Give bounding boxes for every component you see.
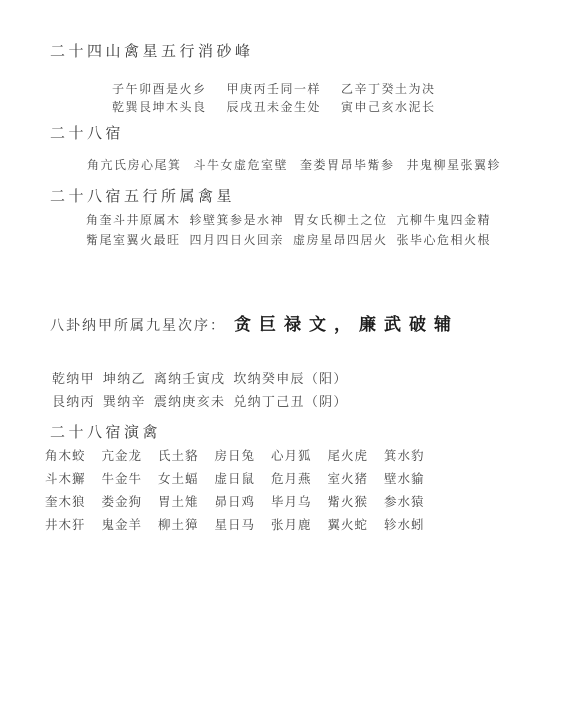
najia-item: 离纳壬寅戌 — [154, 368, 226, 391]
verse-phrase: 辰戌丑未金生处 — [227, 99, 322, 117]
lodge-animal-cell: 角木蛟 — [45, 445, 102, 468]
lodge-animal-cell: 井木犴 — [45, 514, 102, 537]
lodge-animal-cell: 鬼金羊 — [102, 514, 159, 537]
verse-phrase: 四月四日火回亲 — [190, 230, 285, 250]
lodge-animal-cell: 昴日鸡 — [215, 491, 272, 514]
verse-line: 子午卯酉是火乡甲庚丙壬同一样乙辛丁癸土为决 — [112, 81, 436, 99]
lodge-animal-cell: 翼火蛇 — [328, 514, 385, 537]
lodge-animal-cell: 尾火虎 — [328, 445, 385, 468]
lodge-group: 斗牛女虚危室壁 — [194, 156, 289, 173]
lodge-group: 奎娄胃昂毕觜参 — [300, 156, 395, 173]
lodge-group: 角亢氏房心尾箕 — [87, 156, 182, 173]
lodge-animal-cell: 房日兔 — [215, 445, 272, 468]
lodge-animal-cell: 星日马 — [215, 514, 272, 537]
verse-phrase: 角奎斗井原属木 — [86, 210, 181, 230]
najia-item: 巽纳辛 — [103, 391, 146, 414]
nine-stars-label: 八卦纳甲所属九星次序： — [50, 319, 226, 334]
verse-line: 角奎斗井原属木轸壁箕参是水神胃女氏柳土之位亢柳牛鬼四金精 — [86, 210, 491, 230]
section-title-24-mountain-stars: 二十四山禽星五行消砂峰 — [50, 40, 254, 61]
lodge-animal-cell: 娄金狗 — [102, 491, 159, 514]
verse-phrase: 胃女氏柳土之位 — [293, 210, 388, 230]
lodge-animal-cell: 觜火猴 — [328, 491, 385, 514]
verse-phrase: 寅申己亥水泥长 — [341, 100, 436, 114]
najia-item: 震纳庚亥未 — [154, 391, 226, 414]
najia-item: 乾纳甲 — [52, 368, 95, 391]
table-row: 斗木獬牛金牛女土蝠虚日鼠危月燕室火猪壁水貐 — [45, 468, 441, 491]
verse-line: 乾巽艮坤木头良辰戌丑未金生处寅申己亥水泥长 — [112, 99, 436, 117]
lodge-animal-cell: 牛金牛 — [102, 468, 159, 491]
verse-phrase: 虚房星昂四居火 — [293, 230, 388, 250]
lodge-animal-cell: 虚日鼠 — [215, 468, 272, 491]
verse-24-mountains: 子午卯酉是火乡甲庚丙壬同一样乙辛丁癸土为决 乾巽艮坤木头良辰戌丑未金生处寅申己亥… — [112, 81, 436, 116]
lodge-animal-cell: 女土蝠 — [158, 468, 215, 491]
lodge-animal-cell: 张月鹿 — [271, 514, 328, 537]
verse-phrase: 觜尾室翼火最旺 — [86, 230, 181, 250]
najia-item: 艮纳丙 — [52, 391, 95, 414]
verse-lodge-elements: 角奎斗井原属木轸壁箕参是水神胃女氏柳土之位亢柳牛鬼四金精 觜尾室翼火最旺四月四日… — [86, 210, 491, 250]
verse-phrase: 甲庚丙壬同一样 — [227, 81, 322, 99]
lodge-animal-table: 角木蛟亢金龙氏土貉房日兔心月狐尾火虎箕水豹 斗木獬牛金牛女土蝠虚日鼠危月燕室火猪… — [45, 445, 441, 537]
najia-item: 坤纳乙 — [103, 368, 146, 391]
lodge-animal-cell: 奎木狼 — [45, 491, 102, 514]
verse-phrase: 子午卯酉是火乡 — [112, 81, 207, 99]
lodge-animal-cell: 箕水豹 — [384, 445, 441, 468]
verse-line: 觜尾室翼火最旺四月四日火回亲虚房星昂四居火张毕心危相火根 — [86, 230, 491, 250]
table-row: 角木蛟亢金龙氏土貉房日兔心月狐尾火虎箕水豹 — [45, 445, 441, 468]
section-title-lodge-animals: 二十八宿演禽 — [50, 421, 161, 442]
lodge-animal-cell: 柳土獐 — [158, 514, 215, 537]
najia-line-yang: 乾纳甲坤纳乙离纳壬寅戌坎纳癸申辰（阳） — [52, 368, 348, 391]
line-28-lodges: 角亢氏房心尾箕斗牛女虚危室壁奎娄胃昂毕觜参井鬼柳星张翼轸 — [87, 156, 501, 173]
lodge-animal-cell: 危月燕 — [271, 468, 328, 491]
lodge-animal-cell: 毕月乌 — [271, 491, 328, 514]
lodge-animal-cell: 参水猿 — [384, 491, 441, 514]
najia-item: 兑纳丁己丑（阴） — [233, 394, 347, 409]
nine-stars-bold-sequence: 贪巨禄文，廉武破辅 — [234, 315, 459, 334]
verse-phrase: 亢柳牛鬼四金精 — [397, 213, 492, 227]
lodge-animal-cell: 轸水蚓 — [384, 514, 441, 537]
lodge-group: 井鬼柳星张翼轸 — [407, 158, 502, 172]
lodge-animal-cell: 胃土雉 — [158, 491, 215, 514]
line-nine-stars-order: 八卦纳甲所属九星次序：贪巨禄文，廉武破辅 — [50, 310, 459, 335]
lodge-animal-cell: 室火猪 — [328, 468, 385, 491]
verse-phrase: 乙辛丁癸土为决 — [341, 82, 436, 96]
verse-phrase: 轸壁箕参是水神 — [190, 210, 285, 230]
table-row: 井木犴鬼金羊柳土獐星日马张月鹿翼火蛇轸水蚓 — [45, 514, 441, 537]
najia-assignments: 乾纳甲坤纳乙离纳壬寅戌坎纳癸申辰（阳） 艮纳丙巽纳辛震纳庚亥未兑纳丁己丑（阴） — [52, 368, 348, 413]
section-title-28-lodges: 二十八宿 — [50, 122, 124, 143]
najia-item: 坎纳癸申辰（阳） — [233, 371, 347, 386]
verse-phrase: 张毕心危相火根 — [397, 233, 492, 247]
najia-line-yin: 艮纳丙巽纳辛震纳庚亥未兑纳丁己丑（阴） — [52, 391, 348, 414]
document-page: { "doc": { "sec1": { "title": "二十四山禽星五行消… — [0, 0, 565, 723]
lodge-animal-cell: 亢金龙 — [102, 445, 159, 468]
lodge-animal-cell: 斗木獬 — [45, 468, 102, 491]
verse-phrase: 乾巽艮坤木头良 — [112, 99, 207, 117]
lodge-animal-cell: 壁水貐 — [384, 468, 441, 491]
table-row: 奎木狼娄金狗胃土雉昴日鸡毕月乌觜火猴参水猿 — [45, 491, 441, 514]
section-title-lodge-elements: 二十八宿五行所属禽星 — [50, 185, 235, 206]
lodge-animal-cell: 氏土貉 — [158, 445, 215, 468]
lodge-animal-cell: 心月狐 — [271, 445, 328, 468]
